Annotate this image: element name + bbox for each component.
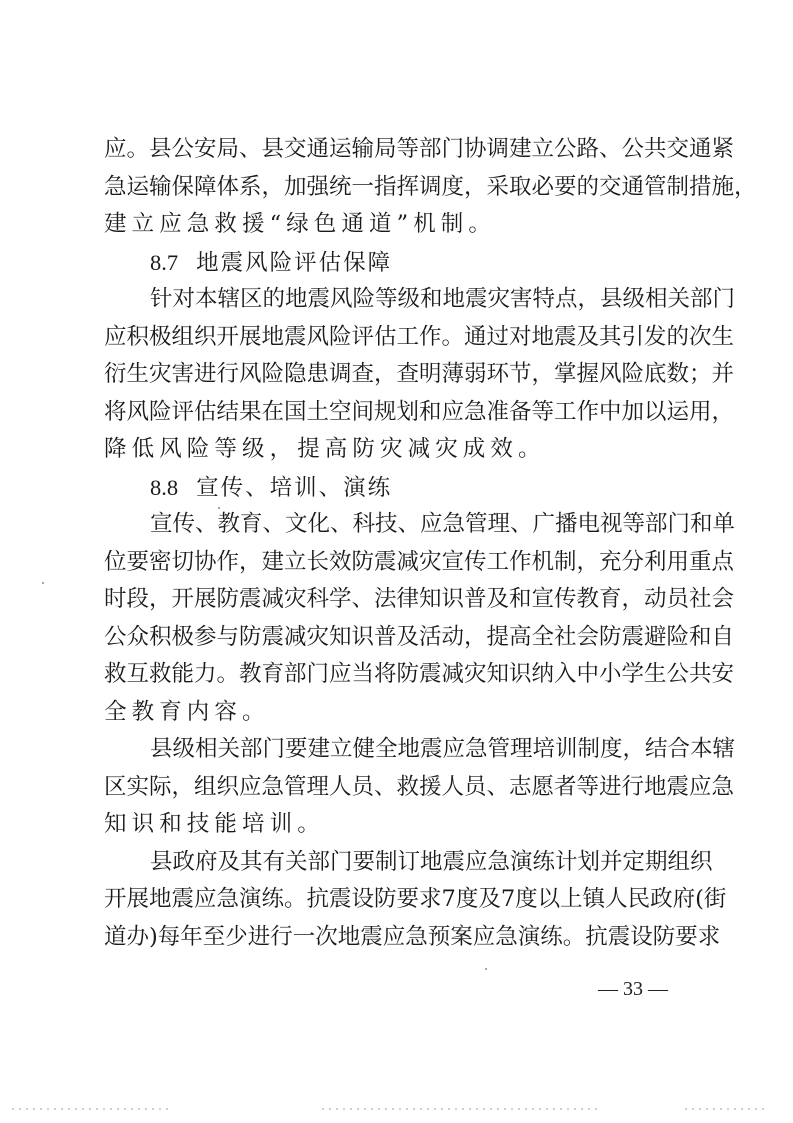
section-title: 地震风险评估保障 <box>196 250 392 276</box>
text-line: 宣传、教育、文化、科技、应急管理、广播电视等部门和单 <box>104 506 690 544</box>
scan-speck <box>42 582 44 584</box>
text-line: 道办)每年至少进行一次地震应急预案应急演练。抗震设防要求 <box>104 919 690 957</box>
text-line: 公众积极参与防震减灾知识普及活动，提高全社会防震避险和自 <box>104 619 690 657</box>
section-heading-8-7: 8.7地震风险评估保障 <box>104 244 690 282</box>
scan-noise <box>12 1108 172 1110</box>
section-heading-8-8: 8.8宣传、培训、演练 <box>104 469 690 507</box>
text-line: 开展地震应急演练。抗震设防要求7度及7度以上镇人民政府(街 <box>104 881 690 919</box>
body-text: 应。县公安局、县交通运输局等部门协调建立公路、公共交通紧 急运输保障体系，加强统… <box>104 131 690 956</box>
scan-speck <box>405 667 407 669</box>
text-line: 应。县公安局、县交通运输局等部门协调建立公路、公共交通紧 <box>104 131 690 169</box>
text-line: 应积极组织开展地震风险评估工作。通过对地震及其引发的次生 <box>104 319 690 357</box>
text-line: 降低风险等级，提高防灾减灾成效。 <box>104 431 690 469</box>
text-line: 县级相关部门要建立健全地震应急管理培训制度，结合本辖 <box>104 731 690 769</box>
section-number: 8.8 <box>150 475 178 500</box>
text-line: 建立应急救援“绿色通道”机制。 <box>104 206 690 244</box>
document-page: 应。县公安局、县交通运输局等部门协调建立公路、公共交通紧 急运输保障体系，加强统… <box>0 0 793 1123</box>
text-line: 将风险评估结果在国土空间规划和应急准备等工作中加以运用， <box>104 394 690 432</box>
scan-noise <box>322 1108 602 1110</box>
scan-speck <box>485 968 487 970</box>
scan-noise <box>685 1108 765 1110</box>
text-line: 全教育内容。 <box>104 694 690 732</box>
text-line: 救互救能力。教育部门应当将防震减灾知识纳入中小学生公共安 <box>104 656 690 694</box>
text-line: 知识和技能培训。 <box>104 806 690 844</box>
text-line: 衍生灾害进行风险隐患调查，查明薄弱环节，掌握风险底数；并 <box>104 356 690 394</box>
page-number: — 33 — <box>598 978 668 1001</box>
text-line: 时段，开展防震减灾科学、法律知识普及和宣传教育，动员社会 <box>104 581 690 619</box>
text-line: 急运输保障体系，加强统一指挥调度，采取必要的交通管制措施， <box>104 169 690 207</box>
text-line: 位要密切协作，建立长效防震减灾宣传工作机制，充分利用重点 <box>104 544 690 582</box>
section-number: 8.7 <box>150 250 178 275</box>
text-line: 区实际，组织应急管理人员、救援人员、志愿者等进行地震应急 <box>104 769 690 807</box>
scan-speck <box>218 507 220 509</box>
text-line: 针对本辖区的地震风险等级和地震灾害特点，县级相关部门 <box>104 281 690 319</box>
text-line: 县政府及其有关部门要制订地震应急演练计划并定期组织 <box>104 844 690 882</box>
section-title: 宣传、培训、演练 <box>196 475 392 501</box>
